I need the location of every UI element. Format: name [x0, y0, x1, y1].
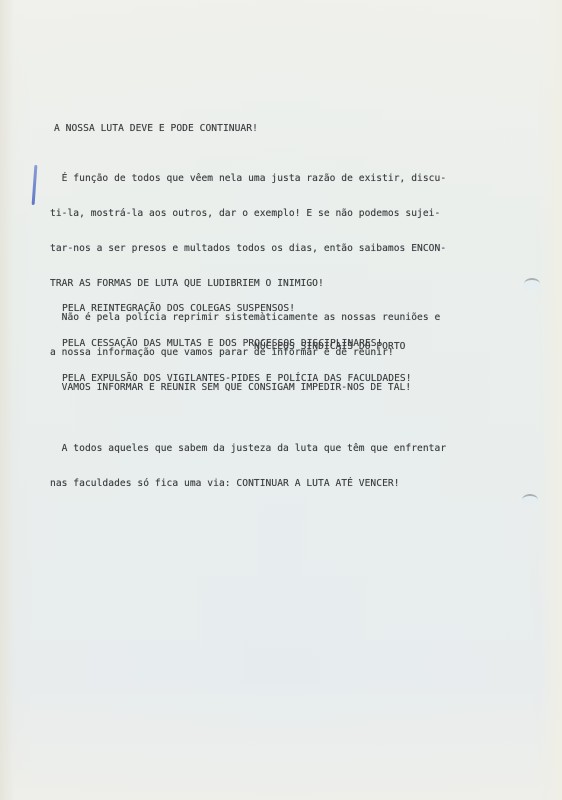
body-line-spacer	[50, 417, 446, 420]
body-line: ti-la, mostrá-la aos outros, dar o exemp…	[50, 208, 446, 220]
body-line: A todos aqueles que sabem da justeza da …	[50, 443, 446, 455]
blue-pen-margin-mark	[32, 165, 38, 205]
punch-hole-icon	[522, 494, 538, 506]
paper-edge-right	[540, 0, 562, 800]
slogan: PELA EXPULSÃO DOS VIGILANTES-PIDES E POL…	[62, 373, 412, 385]
paper-edge-left	[0, 0, 14, 800]
document-title: A NOSSA LUTA DEVE E PODE CONTINUAR!	[54, 123, 258, 135]
body-line: nas faculdades só fica uma via: CONTINUA…	[50, 478, 446, 490]
signature: NÚCLEOS SINDICAIS DO PORTO	[254, 341, 405, 353]
body-line: tar-nos a ser presos e multados todos os…	[50, 243, 446, 255]
scanned-page: A NOSSA LUTA DEVE E PODE CONTINUAR! É fu…	[0, 0, 562, 800]
slogan: PELA REINTEGRAÇÃO DOS COLEGAS SUSPENSOS!	[62, 303, 412, 315]
body-line: É função de todos que vêem nela uma just…	[50, 173, 446, 185]
punch-hole-icon	[524, 278, 540, 290]
